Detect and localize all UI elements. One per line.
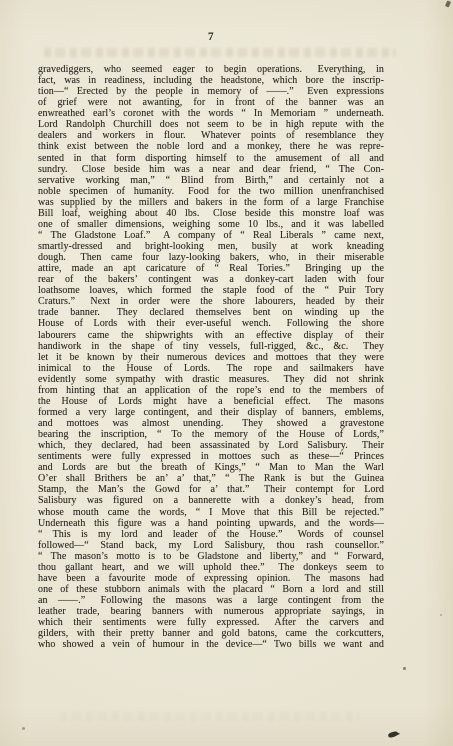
text-line: whose mouth came the words, “ I Move tha… — [38, 507, 384, 518]
text-line: trade banner. They declared themselves b… — [38, 307, 384, 318]
text-line: noble specimen of humanity. Food for the… — [38, 186, 384, 197]
text-line: Bill loaf, weighing about 40 lbs. Close … — [38, 208, 384, 219]
text-line: “ The mason’s motto is to be Gladstone a… — [38, 551, 384, 562]
text-line: inimical to the House of Lords. The rope… — [38, 363, 384, 374]
text-line: of grief were not awanting, for in front… — [38, 97, 384, 108]
text-line: which their sentiments were fully expres… — [38, 617, 384, 628]
text-line: the House of Lords might have a benefici… — [38, 396, 384, 407]
text-line: gilders, with their pretty banner and go… — [38, 628, 384, 639]
text-line: servative working man,” “ Blind from Bir… — [38, 175, 384, 186]
text-line: Stamp, the Man’s the Gowd for a’ that.” … — [38, 484, 384, 495]
text-line: thou gallant heart, and we will uphold t… — [38, 562, 384, 573]
text-line: leather trade, bearing banners with nume… — [38, 606, 384, 617]
text-line: and Lords are but the breath of Kings,” … — [38, 462, 384, 473]
ink-speck — [440, 614, 442, 616]
text-line: and mottoes was almost unending. They sh… — [38, 418, 384, 429]
text-line: one of these stubborn animals with the p… — [38, 584, 384, 595]
text-line: sentiments were fully expressed in motto… — [38, 451, 384, 462]
text-line: House of Lords with their ever-useful we… — [38, 318, 384, 329]
text-line: dealers and workers in flour. Whatever p… — [38, 130, 384, 141]
text-line: evidently some sympathy with drastic mea… — [38, 374, 384, 385]
ink-speck — [403, 667, 406, 670]
text-line: labourers came the shipwrights with an e… — [38, 330, 384, 341]
text-line: have been a favourite mode of expressing… — [38, 573, 384, 584]
scanned-book-page: 7 gravediggers, who seemed eager to begi… — [0, 0, 453, 746]
text-line: think exist between the noble lord and a… — [38, 141, 384, 152]
text-line: sundry. Close beside him was a near and … — [38, 164, 384, 175]
text-line: which, they declared, had been assassina… — [38, 440, 384, 451]
text-line: gravediggers, who seemed eager to begin … — [38, 64, 384, 75]
verso-show-through — [44, 48, 396, 57]
text-line: rear of the bakers’ contingent was a don… — [38, 274, 384, 285]
text-line: who showed a vein of humour in the devic… — [38, 639, 384, 650]
ink-speck — [22, 727, 25, 730]
text-line: sented in that form disporting himself t… — [38, 153, 384, 164]
text-line: “ The Gladstone Loaf.” A company of “ Re… — [38, 230, 384, 241]
text-line: tion—“ Erected by the people in memory o… — [38, 86, 384, 97]
text-line: followed—“ Stand back, my Lord Salisbury… — [38, 540, 384, 551]
text-line: was supplied by the millers and bakers i… — [38, 197, 384, 208]
text-line: O’er shall Brithers be an’ a’ that,” “ T… — [38, 473, 384, 484]
text-line: formed a very large contingent, and thei… — [38, 407, 384, 418]
text-line: smartly-dressed and bright-looking men, … — [38, 241, 384, 252]
verso-show-through-bottom — [60, 712, 360, 721]
text-line: an ——.” Following the masons was a large… — [38, 595, 384, 606]
page-body-text: gravediggers, who seemed eager to begin … — [38, 64, 384, 650]
text-line: from hinting that an application of the … — [38, 385, 384, 396]
page-number: 7 — [38, 31, 384, 43]
text-line: one of smaller dimensions, weighing some… — [38, 219, 384, 230]
text-line: “ This is my lord and leader of the Hous… — [38, 529, 384, 540]
text-line: Underneath this figure was a hand pointi… — [38, 518, 384, 529]
text-line: handiwork in the shape of tiny vessels, … — [38, 341, 384, 352]
text-line: Craturs.” Next in order were the shore l… — [38, 296, 384, 307]
text-line: Lord Randolph Churchill does not seem to… — [38, 119, 384, 130]
ink-speck — [445, 0, 451, 7]
ink-speck — [388, 731, 399, 738]
text-line: Salisbury was figured on a bannerette wi… — [38, 495, 384, 506]
text-line: fact, was in readiness, including the he… — [38, 75, 384, 86]
text-line: attire, made an apt caricature of “ Real… — [38, 263, 384, 274]
text-line: enwreathed earl’s coronet with the words… — [38, 108, 384, 119]
text-line: bearing the inscription, “ To the memory… — [38, 429, 384, 440]
text-line: loathsome loaves, which formed the stapl… — [38, 285, 384, 296]
text-line: let it be known by their numerous device… — [38, 352, 384, 363]
text-line: dough. Then came four lazy-looking baker… — [38, 252, 384, 263]
